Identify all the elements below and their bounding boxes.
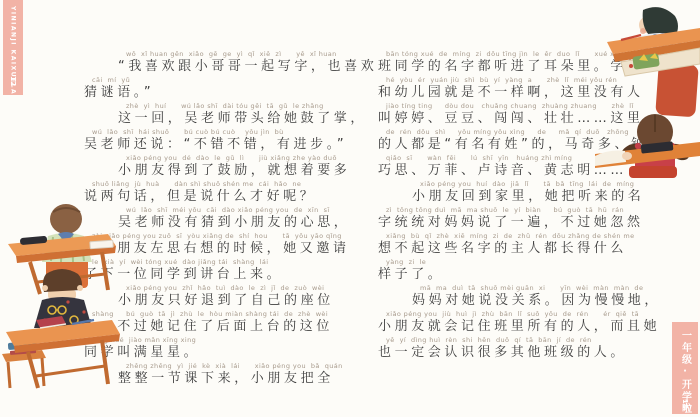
pinyin-row: tóng xué jiào mǎn xīng xing bbox=[92, 336, 348, 345]
pinyin-row: le xià yí wèi tóng xué dào jiǎng tái shà… bbox=[92, 258, 348, 267]
hanzi-row: 吴老师还说：“不错不错，有进步。” bbox=[84, 137, 348, 152]
text-line: shàng bú guò tā jì zhù le hòu miàn shàng… bbox=[84, 310, 348, 336]
pinyin-row: yě yí dìng huì rèn shi hěn duō qí tā bān… bbox=[386, 336, 646, 345]
text-line: xiǎng bù qǐ zhè xiē míng zi de zhǔ rén d… bbox=[378, 232, 646, 258]
girl-chair bbox=[629, 166, 677, 178]
illustration-boy-girl-desks bbox=[595, 4, 700, 178]
hanzi-row: 这一回，吴老师带头给她鼓了掌， bbox=[118, 111, 348, 126]
text-line: wú lǎo shī hái shuō bú cuò bú cuò yǒu jì… bbox=[84, 128, 348, 154]
pinyin-row: xiǎo péng you dé dào le gǔ lì jiù xiǎng … bbox=[126, 154, 348, 163]
pinyin-row: wú lǎo shī méi yǒu cāi dào xiǎo péng you… bbox=[126, 206, 348, 215]
pinyin-row: zì tǒng tǒng duì mā ma shuō le yí biàn b… bbox=[386, 206, 646, 215]
text-line: zhěng zhěng yì jié kè xià lái xiǎo péng … bbox=[84, 362, 348, 388]
right-page-number: 13 bbox=[681, 399, 689, 409]
pinyin-row: zhè yì huí wú lǎo shī dài tóu gěi tā gǔ … bbox=[126, 102, 348, 111]
hanzi-row: 上，不过她记住了后面上台的这位 bbox=[84, 319, 348, 334]
text-line: yàng zi le样子了。 bbox=[378, 258, 646, 284]
left-page-number: 12 bbox=[9, 76, 17, 87]
hanzi-row: 也一定会认识很多其他班级的人。 bbox=[378, 345, 646, 360]
series-line-2: KAIXUELA bbox=[10, 50, 17, 96]
series-line-1: YINIANJI bbox=[10, 6, 17, 46]
text-line: cāi mí yǔ猜谜语。” bbox=[84, 76, 348, 102]
pinyin-row: mā ma duì tā shuō mèi guān xi yīn wèi mà… bbox=[420, 284, 646, 293]
hanzi-row: 整整一节课下来，小朋友把全 bbox=[118, 371, 348, 386]
notebook bbox=[90, 240, 113, 249]
hanzi-row: 小朋友就会记住班里所有的人，而且她 bbox=[378, 319, 646, 334]
hanzi-row: 小朋友只好退到了自己的座位 bbox=[118, 293, 348, 308]
hanzi-row: 同学叫满星星。 bbox=[84, 345, 348, 360]
text-line: wǒ xǐ huan gēn xiǎo gē ge yì qǐ xiě zì y… bbox=[84, 50, 348, 76]
pinyin-row: xiǎo péng you zhǐ hǎo tuì dào le zì jǐ d… bbox=[126, 284, 348, 293]
left-page-tab: YINIANJI KAIXUELA 12 bbox=[3, 0, 23, 95]
hanzi-row: “我喜欢跟小哥哥一起写字，也喜欢 bbox=[118, 59, 348, 74]
hanzi-row: 小朋友得到了鼓励，就想着要多 bbox=[118, 163, 348, 178]
text-line: mā ma duì tā shuō mèi guān xi yīn wèi mà… bbox=[378, 284, 646, 310]
pinyin-row: shuō liǎng jù huà dàn shì shuō shén me c… bbox=[92, 180, 348, 189]
pinyin-row: wǒ xǐ huan gēn xiǎo gē ge yì qǐ xiě zì y… bbox=[126, 50, 348, 59]
pinyin-row: xiǎng bù qǐ zhè xiē míng zi de zhǔ rén d… bbox=[386, 232, 646, 241]
pinyin-row: shàng bú guò tā jì zhù le hòu miàn shàng… bbox=[92, 310, 348, 319]
text-line: xiǎo péng you huí dào jiā lǐ tā bǎ tīng … bbox=[378, 180, 646, 206]
text-line: tóng xué jiào mǎn xīng xing同学叫满星星。 bbox=[84, 336, 348, 362]
hanzi-row: 样子了。 bbox=[378, 267, 646, 282]
right-page-tab: 一年级·开学啦 13 bbox=[672, 322, 698, 414]
pinyin-row: zài xiǎo péng you zuǒ sī yòu xiǎng de sh… bbox=[92, 232, 348, 241]
hanzi-row: 想不起这些名字的主人都长得什么 bbox=[378, 241, 646, 256]
text-line: zì tǒng tǒng duì mā ma shuō le yí biàn b… bbox=[378, 206, 646, 232]
text-line: yě yí dìng huì rèn shi hěn duō qí tā bān… bbox=[378, 336, 646, 362]
hanzi-row: 字统统对妈妈说了一遍，不过她忽然 bbox=[378, 215, 646, 230]
hanzi-row: 小朋友回到家里，她把听来的名 bbox=[412, 189, 646, 204]
pinyin-row: yàng zi le bbox=[386, 258, 646, 267]
pinyin-row: xiǎo péng you huí dào jiā lǐ tā bǎ tīng … bbox=[420, 180, 646, 189]
pinyin-row: xiǎo péng you jiù huì jì zhù bān lǐ suǒ … bbox=[386, 310, 646, 319]
pinyin-row: cāi mí yǔ bbox=[92, 76, 348, 85]
text-line: xiǎo péng you jiù huì jì zhù bān lǐ suǒ … bbox=[378, 310, 646, 336]
illustration-child-black-shirt-desk bbox=[0, 268, 122, 392]
hanzi-row: 猜谜语。” bbox=[84, 85, 348, 100]
text-line: zhè yì huí wú lǎo shī dài tóu gěi tā gǔ … bbox=[84, 102, 348, 128]
red-chair bbox=[655, 63, 699, 118]
hanzi-row: 吴老师没有猜到小朋友的心思， bbox=[118, 215, 348, 230]
text-line: xiǎo péng you dé dào le gǔ lì jiù xiǎng … bbox=[84, 154, 348, 180]
pinyin-row: wú lǎo shī hái shuō bú cuò bú cuò yǒu jì… bbox=[92, 128, 348, 137]
hanzi-row: 妈妈对她说没关系。因为慢慢地， bbox=[412, 293, 646, 308]
pinyin-row: zhěng zhěng yì jié kè xià lái xiǎo péng … bbox=[126, 362, 348, 371]
